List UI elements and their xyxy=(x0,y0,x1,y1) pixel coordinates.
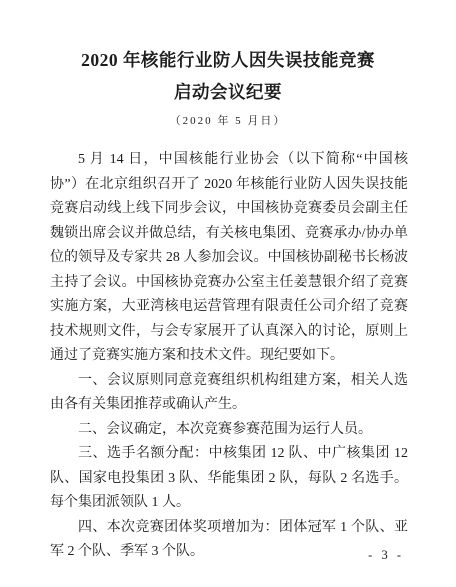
document-title: 2020 年核能行业防人因失误技能竞赛 启动会议纪要 xyxy=(0,0,456,108)
page-number: - 3 - xyxy=(368,548,404,563)
paragraph-item-4: 四、本次竞赛团体奖项增加为：团体冠军 1 个队、亚军 2 个队、季军 3 个队。 xyxy=(50,516,408,565)
title-line-2: 启动会议纪要 xyxy=(40,76,416,108)
document-page: 2020 年核能行业防人因失误技能竞赛 启动会议纪要 （2020 年 5 月日）… xyxy=(0,0,456,587)
title-line-1: 2020 年核能行业防人因失误技能竞赛 xyxy=(40,44,416,76)
paragraph-intro: 5 月 14 日，中国核能行业协会（以下简称“中国核协”）在北京组织召开了 20… xyxy=(50,148,408,369)
paragraph-item-2: 二、会议确定，本次竞赛参赛范围为运行人员。 xyxy=(50,418,408,443)
date-line: （2020 年 5 月日） xyxy=(0,112,456,130)
document-body: 5 月 14 日，中国核能行业协会（以下简称“中国核协”）在北京组织召开了 20… xyxy=(0,148,456,565)
paragraph-item-3: 三、选手名额分配：中核集团 12 队、中广核集团 12 队、国家电投集团 3 队… xyxy=(50,442,408,516)
paragraph-item-1: 一、会议原则同意竞赛组织机构组建方案，相关人选由各有关集团推荐或确认产生。 xyxy=(50,369,408,418)
